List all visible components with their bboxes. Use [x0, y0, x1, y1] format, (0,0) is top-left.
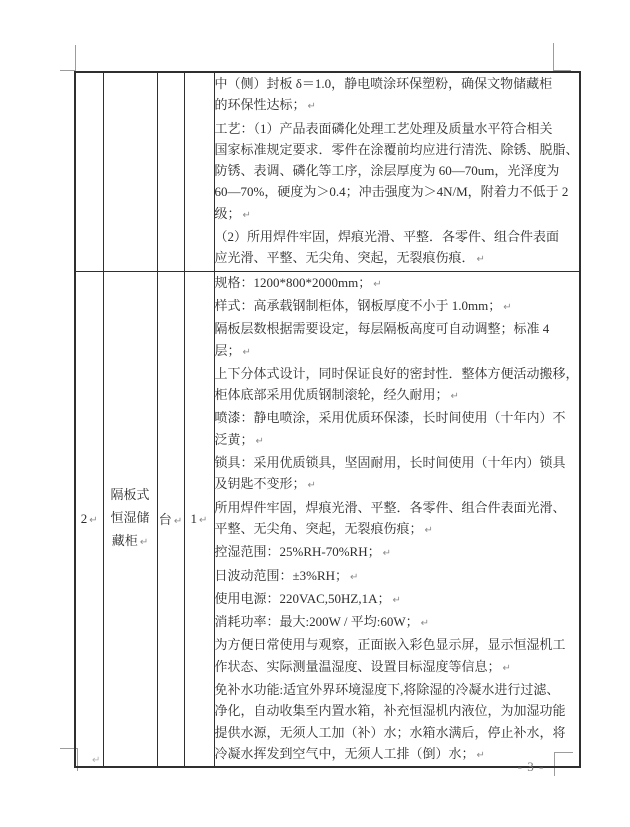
spec-line: 应光滑、平整、无尖角、突起，无裂痕伤痕．↵ [215, 247, 579, 270]
spec-line: 锁具：采用优质锁具，坚固耐用，长时间使用（十年内）锁具 [215, 452, 579, 473]
paragraph-mark: ↵ [243, 347, 251, 358]
paragraph-mark: ↵ [373, 279, 381, 290]
spec-line: （2）所用焊件牢固，焊痕光滑、平整．各零件、组合件表面 [215, 226, 579, 247]
spec-line: 中（侧）封板 δ＝1.0，静电喷涂环保塑粉，确保文物储藏柜 [215, 73, 579, 94]
paragraph-mark: ↵ [425, 525, 433, 536]
cell-unit [157, 72, 184, 271]
paragraph-mark: ↵ [393, 595, 401, 606]
paragraph-mark: ↵ [174, 516, 182, 527]
spec-line: 净化，自动收集至内置水箱，补充恒湿机内液位，为加湿功能 [215, 700, 579, 721]
spec-line: 级；↵ [215, 203, 579, 226]
item-name-line: 恒湿储 [104, 506, 157, 529]
spec-line: 60—70%，硬度为＞0.4；冲击强度为＞4N/M，附着力不低于 2 [215, 181, 579, 202]
paragraph-mark: ↵ [140, 537, 148, 548]
paragraph-mark: ↵ [243, 210, 251, 221]
cell-specification: 规格：1200*800*2000mm；↵样式：高承载钢制柜体，钢板厚度不小于 1… [214, 271, 580, 767]
spec-line: 柜体底部采用优质钢制滚轮，经久耐用；↵ [215, 384, 579, 407]
end-paragraph-mark: ↵ [92, 755, 100, 766]
spec-line: 泛黄；↵ [215, 429, 579, 452]
paragraph-mark: ↵ [503, 663, 511, 674]
spec-line: 消耗功率：最大:200W / 平均:60W；↵ [215, 611, 579, 634]
spec-line: 的环保性达标；↵ [215, 94, 579, 117]
paragraph-mark: ↵ [477, 254, 485, 265]
spec-line: 控湿范围：25%RH-70%RH；↵ [215, 541, 579, 564]
text-boundary-mark-top-right [553, 43, 571, 71]
spec-line: 提供水源，无须人工加（补）水；水箱水满后，停止补水，将 [215, 722, 579, 743]
paragraph-mark: ↵ [308, 480, 316, 491]
cell-quantity [184, 72, 214, 271]
cell-unit: 台↵ [157, 271, 184, 767]
spec-table: 中（侧）封板 δ＝1.0，静电喷涂环保塑粉，确保文物储藏柜的环保性达标；↵工艺：… [74, 71, 581, 768]
item-name-line: 隔板式 [104, 483, 157, 506]
paragraph-mark: ↵ [308, 101, 316, 112]
spec-line: 平整、无尖角、突起，无裂痕伤痕；↵ [215, 518, 579, 541]
cell-item-no: 2↵ [75, 271, 103, 767]
cell-item-no [75, 72, 103, 271]
spec-line: 免补水功能:适宜外界环境湿度下,将除湿的冷凝水进行过滤、 [215, 679, 579, 700]
paragraph-mark: ↵ [256, 436, 264, 447]
item-name-line: 藏柜↵ [104, 529, 157, 554]
paragraph-mark: ↵ [350, 572, 358, 583]
spec-line: 上下分体式设计，同时保证良好的密封性．整体方便活动搬移， [215, 363, 579, 384]
spec-line: 样式：高承载钢制柜体，钢板厚度不小于 1.0mm；↵ [215, 295, 579, 318]
table-row: 中（侧）封板 δ＝1.0，静电喷涂环保塑粉，确保文物储藏柜的环保性达标；↵工艺：… [75, 72, 580, 271]
spec-line: 国家标准规定要求．零件在涂覆前均应进行清洗、除锈、脱脂、 [215, 139, 579, 160]
spec-line: 工艺：（1）产品表面磷化处理工艺处理及质量水平符合相关 [215, 118, 579, 139]
paragraph-mark: ↵ [451, 391, 459, 402]
document-page: 中（侧）封板 δ＝1.0，静电喷涂环保塑粉，确保文物储藏柜的环保性达标；↵工艺：… [0, 0, 630, 827]
page-number: - 3 - [505, 759, 557, 775]
spec-line: 层；↵ [215, 340, 579, 363]
cell-quantity: 1↵ [184, 271, 214, 767]
spec-line: 规格：1200*800*2000mm；↵ [215, 272, 579, 295]
cell-item-name [103, 72, 157, 271]
spec-line: 作状态、实际测量温湿度、设置目标湿度等信息；↵ [215, 656, 579, 679]
paragraph-mark: ↵ [199, 515, 207, 526]
spec-line: 日波动范围：±3%RH；↵ [215, 565, 579, 588]
spec-line: 隔板层数根据需要设定，每层隔板高度可自动调整；标准 4 [215, 318, 579, 339]
spec-table-body: 中（侧）封板 δ＝1.0，静电喷涂环保塑粉，确保文物储藏柜的环保性达标；↵工艺：… [75, 72, 580, 767]
table-row: 2↵隔板式恒湿储藏柜↵台↵1↵规格：1200*800*2000mm；↵样式：高承… [75, 271, 580, 767]
paragraph-mark: ↵ [421, 618, 429, 629]
spec-line: 喷漆：静电喷涂，采用优质环保漆，长时间使用（十年内）不 [215, 407, 579, 428]
spec-line: 防锈、表调、磷化等工序，涂层厚度为 60—70um，光泽度为 [215, 160, 579, 181]
cell-specification: 中（侧）封板 δ＝1.0，静电喷涂环保塑粉，确保文物储藏柜的环保性达标；↵工艺：… [214, 72, 580, 271]
spec-line: 使用电源：220VAC,50HZ,1A；↵ [215, 588, 579, 611]
paragraph-mark: ↵ [503, 302, 511, 313]
paragraph-mark: ↵ [383, 548, 391, 559]
cell-item-name: 隔板式恒湿储藏柜↵ [103, 271, 157, 767]
text-boundary-mark-top-left [60, 45, 76, 71]
spec-line: 为方便日常使用与观察，正面嵌入彩色显示屏，显示恒湿机工 [215, 634, 579, 655]
paragraph-mark: ↵ [89, 515, 97, 526]
paragraph-mark: ↵ [477, 750, 485, 761]
spec-line: 及钥匙不变形；↵ [215, 473, 579, 496]
spec-line: 所用焊件牢固，焊痕光滑、平整．各零件、组合件表面光滑、 [215, 497, 579, 518]
